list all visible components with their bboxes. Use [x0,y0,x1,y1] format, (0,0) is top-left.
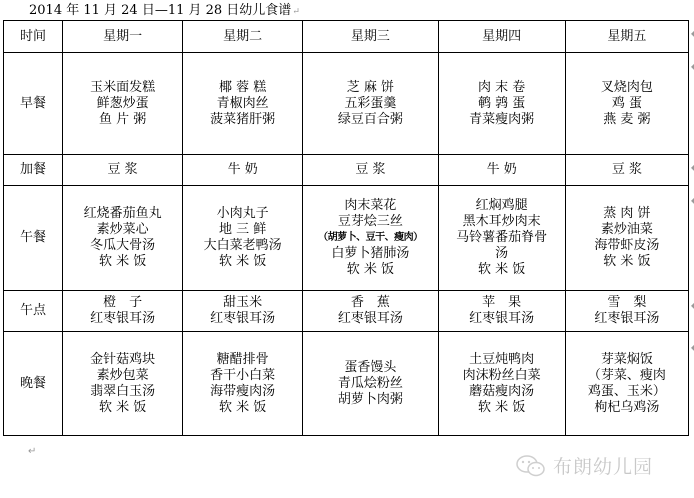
header-cell-time: 时间 [4,21,63,53]
dish-item: 软 米 饭 [185,254,300,270]
dish-item: 红烧番茄鱼丸 [65,206,180,222]
dish-item: 软 米 饭 [305,262,435,278]
paragraph-mark: ↵ [28,446,36,457]
menu-cell: 红焖鸡腿黑木耳炒肉末马铃薯番茄脊骨汤软 米 饭 [438,186,565,291]
menu-cell: 土豆炖鸭肉肉沫粉丝白菜蘑菇瘦肉汤软 米 饭 [438,332,565,436]
meal-row-afternoon-snack: 午点橙 子红枣银耳汤甜玉米红枣银耳汤香 蕉红枣银耳汤苹 果红枣银耳汤雪 梨红枣银… [4,291,689,332]
dish-item: 红枣银耳汤 [185,311,300,327]
title-text: 2014 年 11 月 24 日—11 月 28 日幼儿食谱 [29,3,291,18]
dish-item: 豆芽烩三丝 [305,214,435,230]
dish-item: 绿豆百合粥 [305,112,435,128]
dish-item: 肉沫粉丝白菜 [441,368,563,384]
dish-item: 牛 奶 [441,162,563,178]
dish-item: （芽菜、瘦肉 [568,368,686,384]
menu-cell: 蒸 肉 饼素炒油菜海带虾皮汤软 米 饭 [565,186,688,291]
header-cell-wednesday: 星期三 [303,21,438,53]
meal-row-dinner: 晚餐金针菇鸡块素炒包菜翡翠白玉汤软 米 饭糖醋排骨香干小白菜海带瘦肉汤软 米 饭… [4,332,689,436]
menu-cell: 玉米面发糕鲜葱炒蛋鱼 片 粥 [63,53,183,155]
menu-cell: 豆 浆 [303,155,438,186]
meal-row-morning-snack: 加餐豆 浆牛 奶豆 浆牛 奶豆 浆 [4,155,689,186]
dish-item: 素炒油菜 [568,222,686,238]
dish-item: 鸡 蛋 [568,96,686,112]
menu-cell: 肉末菜花豆芽烩三丝（胡萝卜、豆干、瘦肉）白萝卜猪肺汤软 米 饭 [303,186,438,291]
dish-item: 鲜葱炒蛋 [65,96,180,112]
menu-cell: 香 蕉红枣银耳汤 [303,291,438,332]
dish-item: 红枣银耳汤 [441,311,563,327]
dish-item: 黑木耳炒肉末 [441,214,563,230]
dish-item: 菠菜猪肝粥 [185,112,300,128]
dish-item: 海带虾皮汤 [568,238,686,254]
dish-item: 芝 麻 饼 [305,80,435,96]
dish-item: 苹 果 [441,295,563,311]
dish-item: （胡萝卜、豆干、瘦肉） [305,230,435,246]
menu-cell: 豆 浆 [63,155,183,186]
wechat-icon [515,454,547,478]
dish-item: 芽菜焖饭 [568,352,686,368]
menu-cell: 甜玉米红枣银耳汤 [183,291,303,332]
menu-cell: 肉 末 卷鹌 鹑 蛋青菜瘦肉粥 [438,53,565,155]
dish-item: 土豆炖鸭肉 [441,352,563,368]
menu-cell: 豆 浆 [565,155,688,186]
dish-item: 青瓜烩粉丝 [305,376,435,392]
header-row: 时间 星期一 星期二 星期三 星期四 星期五 [4,21,689,53]
dish-item: 椰 蓉 糕 [185,80,300,96]
dish-item: 枸杞乌鸡汤 [568,400,686,416]
dish-item: 蛋香馒头 [305,360,435,376]
dish-item: 软 米 饭 [568,254,686,270]
dish-item: 素炒菜心 [65,222,180,238]
menu-cell: 糖醋排骨香干小白菜海带瘦肉汤软 米 饭 [183,332,303,436]
menu-cell: 蛋香馒头青瓜烩粉丝胡萝卜肉粥 [303,332,438,436]
dish-item: 豆 浆 [305,162,435,178]
dish-item: 软 米 饭 [185,400,300,416]
dish-item: 燕 麦 粥 [568,112,686,128]
dish-item: 素炒包菜 [65,368,180,384]
header-cell-tuesday: 星期二 [183,21,303,53]
dish-item: 红焖鸡腿 [441,198,563,214]
menu-cell: 红烧番茄鱼丸素炒菜心冬瓜大骨汤软 米 饭 [63,186,183,291]
dish-item: 鸡蛋、玉米） [568,384,686,400]
dish-item: 五彩蛋羹 [305,96,435,112]
dish-item: 金针菇鸡块 [65,352,180,368]
dish-item: 白萝卜猪肺汤 [305,246,435,262]
menu-cell: 牛 奶 [438,155,565,186]
dish-item: 小肉丸子 [185,206,300,222]
dish-item: 软 米 饭 [441,400,563,416]
menu-cell: 椰 蓉 糕青椒肉丝菠菜猪肝粥 [183,53,303,155]
menu-cell: 芝 麻 饼五彩蛋羹绿豆百合粥 [303,53,438,155]
dish-item: 软 米 饭 [65,400,180,416]
dish-item: 蘑菇瘦肉汤 [441,384,563,400]
dish-item: 牛 奶 [185,162,300,178]
dish-item: 马铃薯番茄脊骨 [441,230,563,246]
watermark-text: 布朗幼儿园 [553,452,653,479]
dish-item: 糖醋排骨 [185,352,300,368]
menu-table: 时间 星期一 星期二 星期三 星期四 星期五 早餐玉米面发糕鲜葱炒蛋鱼 片 粥椰… [3,20,689,436]
dish-item: 肉 末 卷 [441,80,563,96]
dish-item: 青菜瘦肉粥 [441,112,563,128]
menu-cell: 橙 子红枣银耳汤 [63,291,183,332]
dish-item: 香干小白菜 [185,368,300,384]
dish-item: 鹌 鹑 蛋 [441,96,563,112]
dish-item: 翡翠白玉汤 [65,384,180,400]
header-cell-thursday: 星期四 [438,21,565,53]
dish-item: 肉末菜花 [305,198,435,214]
meal-label: 晚餐 [4,332,63,436]
header-cell-friday: 星期五 [565,21,688,53]
dish-item: 冬瓜大骨汤 [65,238,180,254]
dish-item: 大白菜老鸭汤 [185,238,300,254]
header-cell-monday: 星期一 [63,21,183,53]
meal-label: 加餐 [4,155,63,186]
dish-item: 豆 浆 [568,162,686,178]
dish-item: 软 米 饭 [441,262,563,278]
dish-item: 红枣银耳汤 [305,311,435,327]
menu-cell: 苹 果红枣银耳汤 [438,291,565,332]
dish-item: 蒸 肉 饼 [568,206,686,222]
dish-item: 海带瘦肉汤 [185,384,300,400]
dish-item: 叉烧肉包 [568,80,686,96]
dish-item: 地 三 鲜 [185,222,300,238]
dish-item: 红枣银耳汤 [568,311,686,327]
dish-item: 豆 浆 [65,162,180,178]
dish-item: 软 米 饭 [65,254,180,270]
menu-cell: 小肉丸子地 三 鲜大白菜老鸭汤软 米 饭 [183,186,303,291]
watermark: 布朗幼儿园 [515,452,653,479]
dish-item: 汤 [441,246,563,262]
meal-row-lunch: 午餐红烧番茄鱼丸素炒菜心冬瓜大骨汤软 米 饭小肉丸子地 三 鲜大白菜老鸭汤软 米… [4,186,689,291]
dish-item: 香 蕉 [305,295,435,311]
menu-cell: 金针菇鸡块素炒包菜翡翠白玉汤软 米 饭 [63,332,183,436]
dish-item: 甜玉米 [185,295,300,311]
dish-item: 胡萝卜肉粥 [305,392,435,408]
menu-cell: 雪 梨红枣银耳汤 [565,291,688,332]
menu-cell: 牛 奶 [183,155,303,186]
meal-row-breakfast: 早餐玉米面发糕鲜葱炒蛋鱼 片 粥椰 蓉 糕青椒肉丝菠菜猪肝粥芝 麻 饼五彩蛋羹绿… [4,53,689,155]
meal-label: 早餐 [4,53,63,155]
dish-item: 玉米面发糕 [65,80,180,96]
dish-item: 鱼 片 粥 [65,112,180,128]
document-title: 2014 年 11 月 24 日—11 月 28 日幼儿食谱↵ [29,2,300,20]
dish-item: 橙 子 [65,295,180,311]
menu-cell: 叉烧肉包鸡 蛋燕 麦 粥 [565,53,688,155]
dish-item: 雪 梨 [568,295,686,311]
meal-label: 午餐 [4,186,63,291]
menu-cell: 芽菜焖饭（芽菜、瘦肉鸡蛋、玉米）枸杞乌鸡汤 [565,332,688,436]
paragraph-mark: ↵ [292,7,300,17]
meal-label: 午点 [4,291,63,332]
dish-item: 青椒肉丝 [185,96,300,112]
dish-item: 红枣银耳汤 [65,311,180,327]
